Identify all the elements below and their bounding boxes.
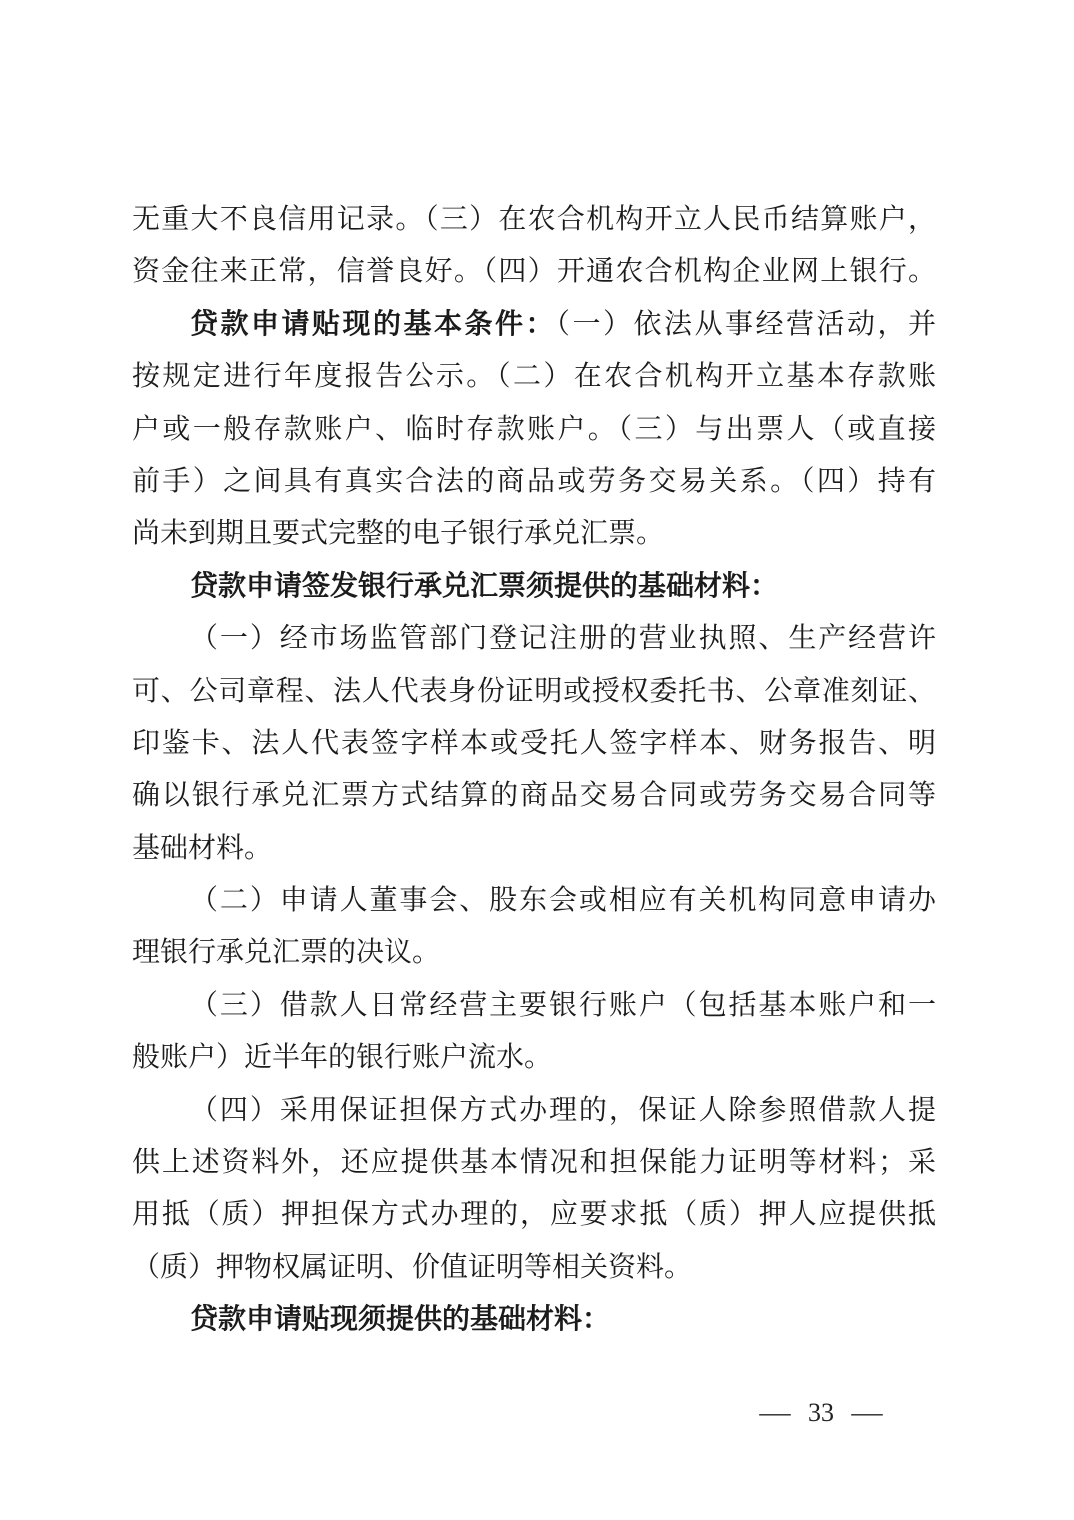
text-segment: （一）依法从事经营活动，并 xyxy=(556,309,936,340)
text-line: 无重大不良信用记录。（三）在农合机构开立人民币结算账户， xyxy=(132,194,936,246)
text-line: 可、公司章程、法人代表身份证明或授权委托书、公章准刻证、 xyxy=(132,666,936,718)
page-footer: — 33 — xyxy=(762,1398,880,1428)
text-segment: 用抵（质）押担保方式办理的，应要求抵（质）押人应提供抵 xyxy=(132,1199,936,1230)
text-line: 基础材料。 xyxy=(132,823,936,875)
text-segment: 尚未到期且要式完整的电子银行承兑汇票。 xyxy=(132,518,664,549)
footer-right-dash: — xyxy=(851,1398,882,1428)
text-segment: 般账户）近半年的银行账户流水。 xyxy=(132,1042,552,1073)
text-segment: 印鉴卡、法人代表签字样本或受托人签字样本、财务报告、明 xyxy=(132,728,936,759)
text-line: 确以银行承兑汇票方式结算的商品交易合同或劳务交易合同等 xyxy=(132,770,936,822)
text-segment: （二）申请人董事会、股东会或相应有关机构同意申请办 xyxy=(190,885,936,916)
page-number: 33 xyxy=(808,1398,834,1428)
text-line: （一）经市场监管部门登记注册的营业执照、生产经营许 xyxy=(132,613,936,665)
text-line: 理银行承兑汇票的决议。 xyxy=(132,927,936,979)
text-line: 供上述资料外，还应提供基本情况和担保能力证明等材料；采 xyxy=(132,1137,936,1189)
text-segment: 按规定进行年度报告公示。（二）在农合机构开立基本存款账 xyxy=(132,361,936,392)
text-line: 贷款申请贴现的基本条件：（一）依法从事经营活动，并 xyxy=(132,299,936,351)
bold-text-segment: 贷款申请签发银行承兑汇票须提供的基础材料： xyxy=(190,571,778,602)
text-line: （质）押物权属证明、价值证明等相关资料。 xyxy=(132,1242,936,1294)
text-segment: 前手）之间具有真实合法的商品或劳务交易关系。（四）持有 xyxy=(132,466,936,497)
text-line: （三）借款人日常经营主要银行账户（包括基本账户和一 xyxy=(132,980,936,1032)
document-lines: 无重大不良信用记录。（三）在农合机构开立人民币结算账户，资金往来正常，信誉良好。… xyxy=(132,194,936,1347)
text-segment: 供上述资料外，还应提供基本情况和担保能力证明等材料；采 xyxy=(132,1147,936,1178)
text-line: 贷款申请贴现须提供的基础材料： xyxy=(132,1294,936,1346)
bold-text-segment: 贷款申请贴现须提供的基础材料： xyxy=(190,1304,610,1335)
text-line: 印鉴卡、法人代表签字样本或受托人签字样本、财务报告、明 xyxy=(132,718,936,770)
text-segment: 无重大不良信用记录。（三）在农合机构开立人民币结算账户， xyxy=(132,204,936,235)
text-line: （四）采用保证担保方式办理的，保证人除参照借款人提 xyxy=(132,1085,936,1137)
text-segment: （质）押物权属证明、价值证明等相关资料。 xyxy=(132,1252,692,1283)
text-segment: 基础材料。 xyxy=(132,833,272,864)
text-segment: （三）借款人日常经营主要银行账户（包括基本账户和一 xyxy=(190,990,936,1021)
document-page: 无重大不良信用记录。（三）在农合机构开立人民币结算账户，资金往来正常，信誉良好。… xyxy=(0,0,1074,1520)
text-line: 按规定进行年度报告公示。（二）在农合机构开立基本存款账 xyxy=(132,351,936,403)
text-line: 尚未到期且要式完整的电子银行承兑汇票。 xyxy=(132,508,936,560)
text-segment: 户或一般存款账户、临时存款账户。（三）与出票人（或直接 xyxy=(132,414,936,445)
text-segment: （一）经市场监管部门登记注册的营业执照、生产经营许 xyxy=(190,623,936,654)
text-segment: 确以银行承兑汇票方式结算的商品交易合同或劳务交易合同等 xyxy=(132,780,936,811)
text-line: 般账户）近半年的银行账户流水。 xyxy=(132,1032,936,1084)
text-line: 用抵（质）押担保方式办理的，应要求抵（质）押人应提供抵 xyxy=(132,1189,936,1241)
text-line: 资金往来正常，信誉良好。（四）开通农合机构企业网上银行。 xyxy=(132,246,936,298)
text-line: 户或一般存款账户、临时存款账户。（三）与出票人（或直接 xyxy=(132,404,936,456)
text-line: （二）申请人董事会、股东会或相应有关机构同意申请办 xyxy=(132,875,936,927)
text-line: 贷款申请签发银行承兑汇票须提供的基础材料： xyxy=(132,561,936,613)
footer-left-dash: — xyxy=(759,1398,790,1428)
text-line: 前手）之间具有真实合法的商品或劳务交易关系。（四）持有 xyxy=(132,456,936,508)
bold-text-segment: 贷款申请贴现的基本条件： xyxy=(190,309,556,340)
text-segment: 可、公司章程、法人代表身份证明或授权委托书、公章准刻证、 xyxy=(132,676,936,707)
text-segment: 理银行承兑汇票的决议。 xyxy=(132,937,440,968)
text-segment: （四）采用保证担保方式办理的，保证人除参照借款人提 xyxy=(190,1095,936,1126)
text-segment: 资金往来正常，信誉良好。（四）开通农合机构企业网上银行。 xyxy=(132,256,936,287)
